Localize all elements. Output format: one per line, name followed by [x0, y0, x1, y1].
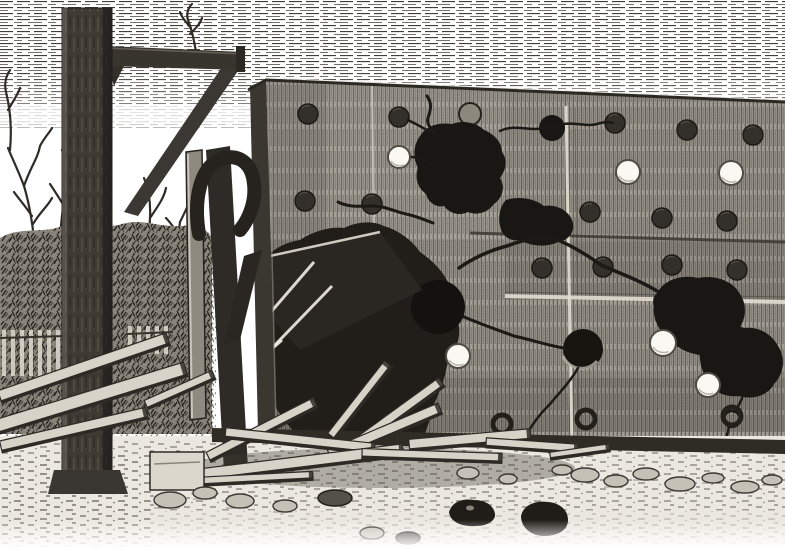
stone [552, 465, 572, 475]
bulged-plug [459, 103, 481, 125]
stone [762, 475, 782, 485]
shot-hole [388, 146, 410, 168]
post-lit-edge [62, 8, 67, 490]
post-base [48, 470, 128, 494]
plank-end [309, 471, 313, 480]
bolt-head [362, 194, 382, 214]
armour-target-wall [224, 78, 785, 452]
engraving-illustration [0, 0, 785, 548]
bolt-head [717, 211, 737, 231]
bolt-head [662, 255, 682, 275]
stone [571, 468, 599, 482]
stone [457, 467, 479, 479]
bolt-head [532, 258, 552, 278]
bolt-head [298, 104, 318, 124]
wall-detail [224, 80, 785, 452]
bolt-head [743, 125, 763, 145]
stone [154, 492, 186, 508]
stone [633, 468, 659, 480]
stone [193, 487, 217, 499]
bolt-head [295, 191, 315, 211]
stone [731, 481, 759, 493]
debris-block [150, 452, 204, 490]
bottom-fade [0, 520, 785, 548]
fragment-glint [466, 506, 474, 511]
stone [665, 477, 695, 491]
stone [499, 474, 517, 484]
bolt-head [677, 120, 697, 140]
beam-end-cap [236, 46, 245, 72]
bolt-head [652, 208, 672, 228]
plank-end [498, 453, 502, 463]
scene-svg [0, 0, 785, 548]
stone [226, 494, 254, 508]
dark-rock [318, 490, 352, 506]
stone [702, 473, 724, 483]
stone [273, 500, 297, 512]
bolt-head [580, 202, 600, 222]
stone [604, 475, 628, 487]
bolt-head [389, 107, 409, 127]
bolt-head [727, 260, 747, 280]
